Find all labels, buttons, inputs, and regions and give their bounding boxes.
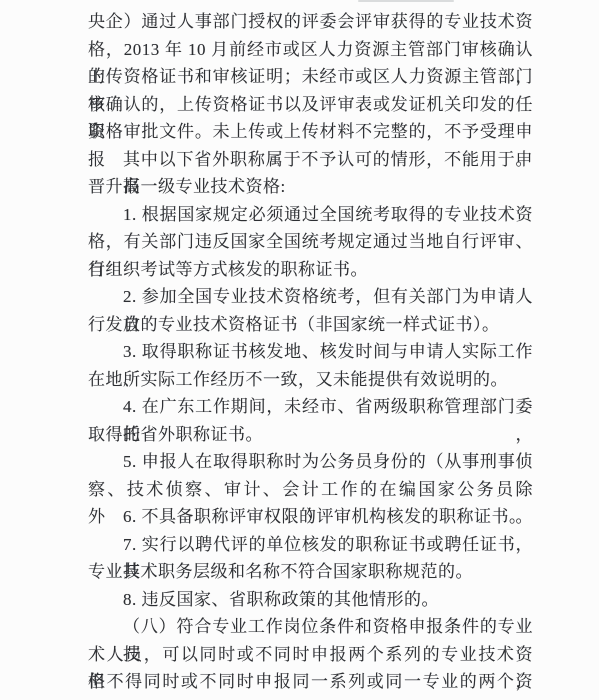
text-line: 5. 申报人在取得职称时为公务员身份的（从事刑事侦 <box>88 448 533 476</box>
text-line: 核确认的，上传资格证书以及评审表或发证机关印发的任职 <box>88 91 533 119</box>
text-line: 2. 参加全国专业技术资格统考，但有关部门为申请人自 <box>88 283 533 311</box>
text-line: 但不得同时或不同时申报同一系列或同一专业的两个资格。 <box>88 668 533 696</box>
text-line: 察、技术侦察、审计、会计工作的在编国家公务员除外）。 <box>88 476 533 504</box>
text-line: 格，2013 年 10 月前经市或区人力资源主管部门审核确认的， <box>88 36 533 64</box>
text-line: 其中以下省外职称属于不予认可的情形，不能用于申报 <box>88 146 533 174</box>
text-line: 行组织考试等方式核发的职称证书。 <box>88 256 533 284</box>
text-column: 央企）通过人事部门授权的评委会评审获得的专业技术资格，2013 年 10 月前经… <box>88 8 533 696</box>
scan-artifact <box>358 0 454 2</box>
text-line: 格，有关部门违反国家全国统考规定通过当地自行评审、自 <box>88 228 533 256</box>
text-line: 1. 根据国家规定必须通过全国统考取得的专业技术资 <box>88 201 533 229</box>
text-line: 晋升高一级专业技术资格: <box>88 173 533 201</box>
text-line: 在地、实际工作经历不一致，又未能提供有效说明的。 <box>88 366 533 394</box>
text-line: 上传资格证书和审核证明；未经市或区人力资源主管部门审 <box>88 63 533 91</box>
text-line: 4. 在广东工作期间，未经市、省两级职称管理部门委托， <box>88 393 533 421</box>
text-line: 8. 违反国家、省职称政策的其他情形的。 <box>88 586 533 614</box>
text-line: （八）符合专业工作岗位条件和资格申报条件的专业技 <box>88 613 533 641</box>
text-line: 专业技术职务层级和名称不符合国家职称规范的。 <box>88 558 533 586</box>
text-line: 6. 不具备职称评审权限的评审机构核发的职称证书。 <box>88 503 533 531</box>
text-line: 央企）通过人事部门授权的评委会评审获得的专业技术资 <box>88 8 533 36</box>
text-line: 行发放的专业技术资格证书（非国家统一样式证书）。 <box>88 311 533 339</box>
text-line: 3. 取得职称证书核发地、核发时间与申请人实际工作所 <box>88 338 533 366</box>
text-line: 资格审批文件。未上传或上传材料不完整的，不予受理申报。 <box>88 118 533 146</box>
document-page: 央企）通过人事部门授权的评委会评审获得的专业技术资格，2013 年 10 月前经… <box>0 0 599 700</box>
text-line: 7. 实行以聘代评的单位核发的职称证书或聘任证书，其 <box>88 531 533 559</box>
text-line: 术人员，可以同时或不同时申报两个系列的专业技术资格， <box>88 641 533 669</box>
